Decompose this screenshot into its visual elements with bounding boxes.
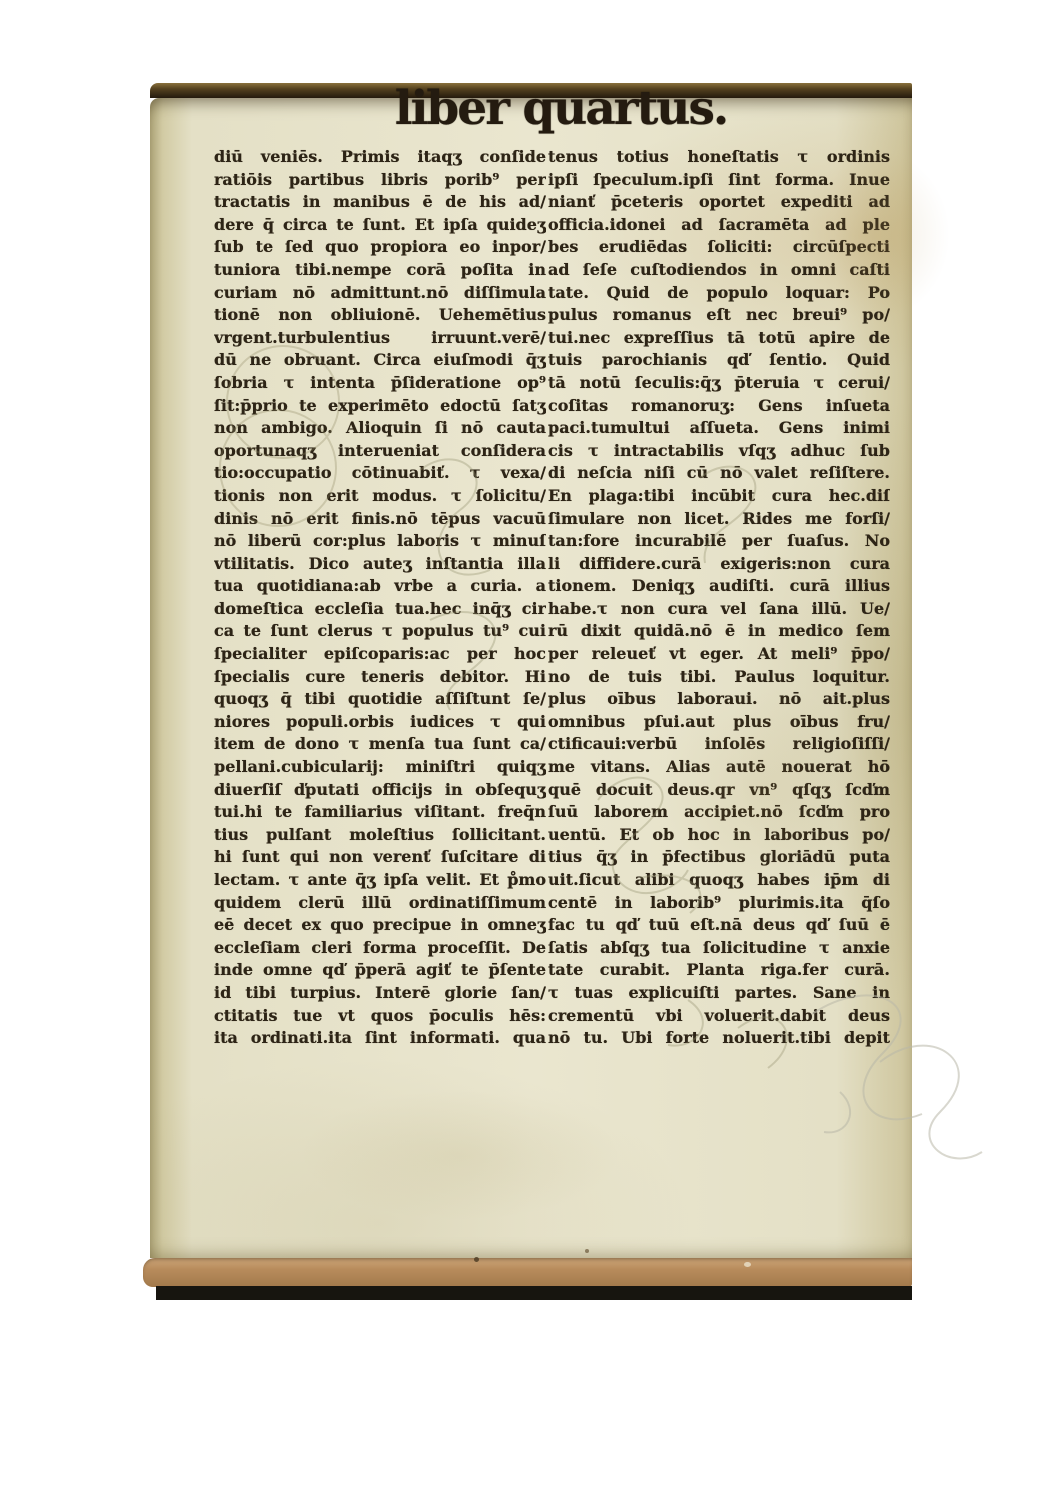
text-line: no de tuis tibi. Paulus loquitur. [548,666,890,689]
text-line: id tibi turpius. Interē glorie ſan/ [214,982,546,1005]
text-line: diū veniēs. Primis itaqʒ conſide [214,146,546,169]
text-line: cis τ intractabilis vſqʒ adhuc ſub [548,440,890,463]
text-line: En plaga:tibi incūbit cura hec.diſ [548,485,890,508]
text-line: ipſi ſpeculum.ipſi ſint forma. Inue [548,169,890,192]
text-line: diuerſiſ ďputati officijs in obſequʒ [214,779,546,802]
text-line: tate curabit. Planta riga.fer curā. [548,959,890,982]
text-line: officia.idonei ad ſacramēta ad ple [548,214,890,237]
text-line: pellani.cubicularij: miniſtri quiqʒ [214,756,546,779]
text-line: pulus romanus eſt nec breui⁹ po/ [548,304,890,327]
paper-speck [585,1249,589,1253]
text-line: domeſtica eccleſia tua.hec inq̄ʒ cir [214,598,546,621]
text-line: rū dixit quidā.nō ē in medico ſem [548,620,890,643]
text-line: tuis parochianis qď ſentio. Quid [548,349,890,372]
text-line: tractatis in manibus ē de his ad/ [214,191,546,214]
text-line: lectam. τ ante q̄ʒ ipſa velit. Et p̊mo [214,869,546,892]
paper-speck [744,1262,751,1267]
text-line: vtilitatis. Dico auteʒ inſtantia illa [214,553,546,576]
text-line: uit.ſicut alibi quoqʒ habes ip̄m di [548,869,890,892]
text-line: eccleſiam cleri forma proceſſit. De [214,937,546,960]
scan-shadow-strip [156,1286,912,1300]
text-line: inde omne qď p̄perā agiť te p̄ſente [214,959,546,982]
text-line: fac tu qď tuū eſt.nā deus qď ſuū ē [548,914,890,937]
text-line: tionis non erit modus. τ ſolicitu/ [214,485,546,508]
text-line: dinis nō erit finis.nō tēpus vacuū [214,508,546,531]
text-line: tius q̄ʒ in p̄fectibus gloriādū puta [548,846,890,869]
text-line: tuniora tibi.nempe corā poſita in [214,259,546,282]
text-line: ſpecialiter epiſcoparis:ac per hoc [214,643,546,666]
text-line: ratiōis partibus libris porib⁹ per [214,169,546,192]
text-line: habe.τ non cura vel ſana illū. Ue/ [548,598,890,621]
text-line: ſit:p̄prio te experimēto edoctū ſatʒ [214,395,546,418]
text-line: ſatis abſqʒ tua ſolicitudine τ anxie [548,937,890,960]
text-line: quidem clerū illū ordinatiſſimum [214,892,546,915]
text-line: curiam nō admittunt.nō diſſimula [214,282,546,305]
text-line: centē in laborib⁹ plurimis.ita q̄ſo [548,892,890,915]
text-line: coſitas romanoruʒ: Gens inſueta [548,395,890,418]
text-line: tui.hi te familiarius viſitant. freq̄n [214,801,546,824]
text-line: nō tu. Ubi forte noluerit.tibi depit [548,1027,890,1050]
text-line: quoqʒ q̄ tibi quotidie aſſiſtunt ſe/ [214,688,546,711]
text-line: nianť p̄ceteris oportet expediti ad [548,191,890,214]
text-line: dū ne obruant. Circa eiuſmodi q̄ʒ [214,349,546,372]
paper-speck [474,1257,479,1262]
text-line: plus oībus laboraui. nō ait.plus [548,688,890,711]
text-line: non ambigo. Alioquin ſi nō cauta [214,417,546,440]
text-line: crementū vbi voluerit.dabit deus [548,1005,890,1028]
text-line: τ tuas explicuiſti partes. Sane in [548,982,890,1005]
text-line: tionē non obliuionē. Uehemētius [214,304,546,327]
page-paper: liber quartus. diū veniēs. Primis itaqʒ … [150,98,912,1258]
text-line: ſimulare non licet. Rides me forſi/ [548,508,890,531]
text-line: quē docuit deus.qr vn⁹ qſqʒ ſcďm [548,779,890,802]
text-line: li diffidere.curā exigeris:non cura [548,553,890,576]
text-line: di neſcia niſi cū nō valet reſiſtere. [548,462,890,485]
text-line: tui.nec expreſſius tā totū apire de [548,327,890,350]
scan-background: liber quartus. diū veniēs. Primis itaqʒ … [0,0,1060,1500]
text-line: tius pulſant moleſtius ſollicitant. [214,824,546,847]
text-line: ca te ſunt clerus τ populus tu⁹ cui [214,620,546,643]
text-line: uentū. Et ob hoc in laboribus po/ [548,824,890,847]
text-line: ctificaui:verbū inſolēs religioſiſſi/ [548,733,890,756]
text-column-right: tenus totius honeſtatis τ ordinisipſi ſp… [548,146,890,1050]
text-line: oportunaqʒ interueniat conſidera [214,440,546,463]
text-line: me vitans. Alias autē nouerat hō [548,756,890,779]
text-line: tā notū ſeculis:q̄ʒ p̄teruia τ cerui/ [548,372,890,395]
text-line: vrgent.turbulentius irruunt.verē/ [214,327,546,350]
text-line: tionem. Deniqʒ audiſti. curā illius [548,575,890,598]
text-line: ſobria τ intenta p̄ſideratione op⁹ [214,372,546,395]
text-line: hi ſunt qui non verenť ſuſcitare di [214,846,546,869]
text-line: ita ordinati.ita ſint informati. qua [214,1027,546,1050]
text-line: tio:occupatio cōtinuabiť. τ vexa/ [214,462,546,485]
text-line: ad ſeſe cuſtodiendos in omni caſti [548,259,890,282]
book-cover-edge [143,1258,912,1287]
text-line: nō liberū cor:plus laboris τ minuſ [214,530,546,553]
text-line: dere q̄ circa te ſunt. Et ipſa quideʒ [214,214,546,237]
text-line: omnibus pſui.aut plus oībus fru/ [548,711,890,734]
text-line: item de dono τ menſa tua ſunt ca/ [214,733,546,756]
text-line: ſub te ſed quo propiora eo inpor/ [214,236,546,259]
text-line: paci.tumultui aſſueta. Gens inimi [548,417,890,440]
text-line: ſpecialis cure teneris debitor. Hi [214,666,546,689]
text-line: tan:fore incurabilē per ſuaſus. No [548,530,890,553]
text-line: tate. Quid de populo loquar: Po [548,282,890,305]
text-column-left: diū veniēs. Primis itaqʒ conſideratiōis … [214,146,546,1050]
text-line: ſuū laborem accipiet.nō ſcďm pro [548,801,890,824]
running-title: liber quartus. [150,84,912,134]
text-line: tenus totius honeſtatis τ ordinis [548,146,890,169]
text-line: eē decet ex quo precipue in omneʒ [214,914,546,937]
text-line: tua quotidiana:ab vrbe a curia. a [214,575,546,598]
text-line: per releueť vt eger. At meli⁹ p̄po/ [548,643,890,666]
text-line: bes erudiēdas ſoliciti: circūſpecti [548,236,890,259]
text-line: ctitatis tue vt quos p̄oculis hēs: [214,1005,546,1028]
book-page: liber quartus. diū veniēs. Primis itaqʒ … [150,83,912,1300]
text-line: niores populi.orbis iudices τ qui [214,711,546,734]
